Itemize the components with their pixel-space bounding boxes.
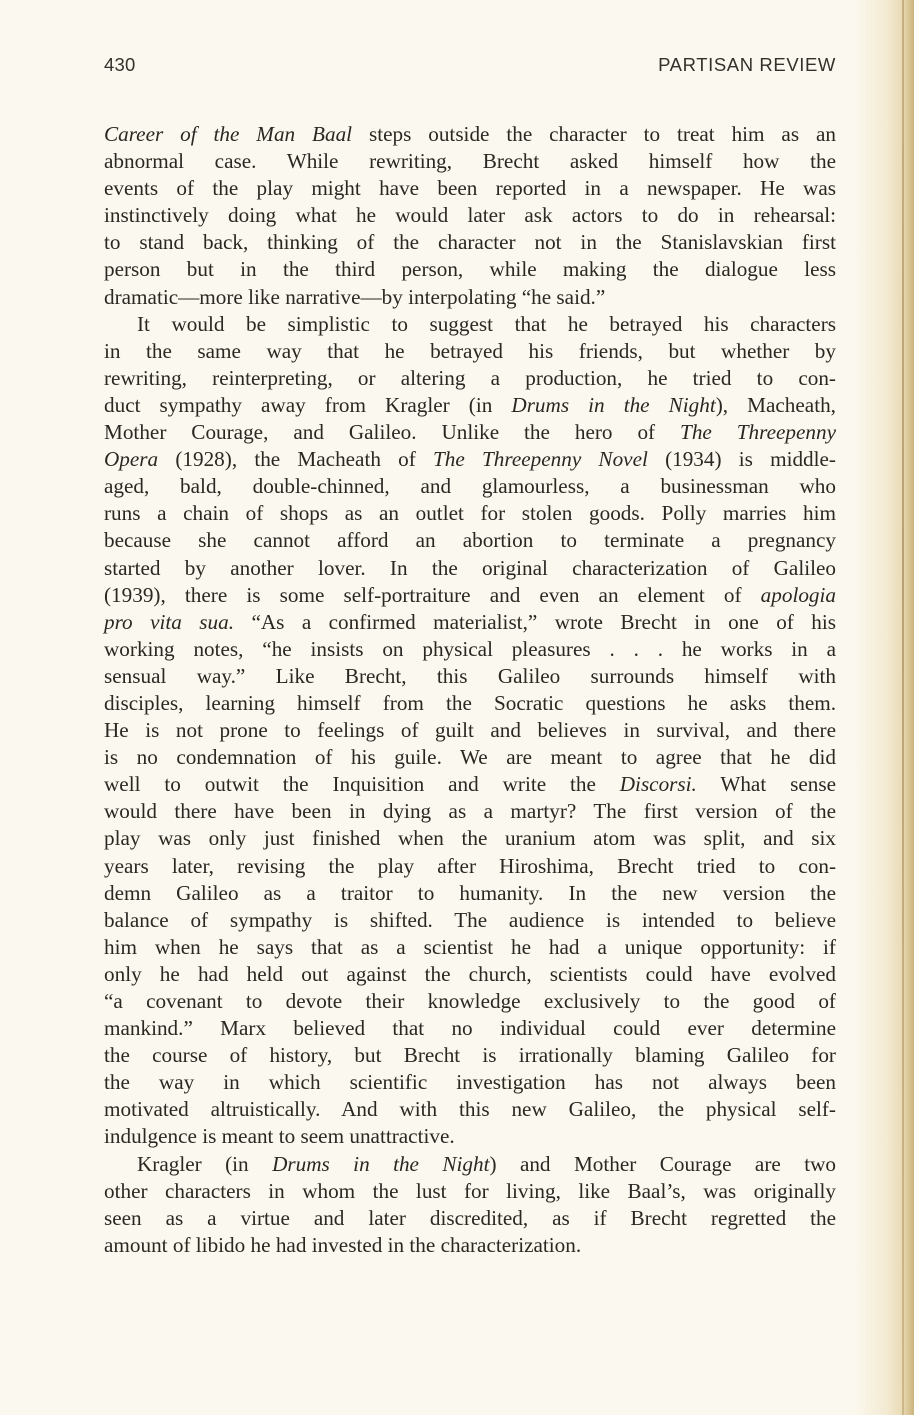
text-line: him when he says that as a scientist he … <box>104 934 836 961</box>
text-run: abnormal case. While rewriting, Brecht a… <box>104 149 836 173</box>
text-line: motivated altruistically. And with this … <box>104 1096 836 1123</box>
italic-title-text: The Threepenny <box>680 420 836 444</box>
text-line: started by another lover. In the origina… <box>104 555 836 582</box>
text-line: well to outwit the Inquisition and write… <box>104 771 836 798</box>
page-number: 430 <box>104 54 135 76</box>
text-run: “As a confirmed materialist,” wrote Brec… <box>234 610 836 634</box>
text-run: steps outside the character to treat him… <box>352 122 836 146</box>
text-run: aged, bald, double-chinned, and glamourl… <box>104 474 836 498</box>
text-line: demn Galileo as a traitor to humanity. I… <box>104 880 836 907</box>
text-line: disciples, learning himself from the Soc… <box>104 690 836 717</box>
text-run: (1928), the Macheath of <box>158 447 433 471</box>
text-line: abnormal case. While rewriting, Brecht a… <box>104 148 836 175</box>
italic-title-text: Drums in the Night <box>511 393 715 417</box>
text-line: other characters in whom the lust for li… <box>104 1178 836 1205</box>
text-line: is no condemnation of his guile. We are … <box>104 744 836 771</box>
text-run: sensual way.” Like Brecht, this Galileo … <box>104 664 836 688</box>
text-line: indulgence is meant to seem unattractive… <box>104 1123 836 1150</box>
text-run: play was only just finished when the ura… <box>104 826 836 850</box>
text-run: the course of history, but Brecht is irr… <box>104 1043 836 1067</box>
text-line: He is not prone to feelings of guilt and… <box>104 717 836 744</box>
text-run: started by another lover. In the origina… <box>104 556 836 580</box>
text-run: ) and Mother Courage are two <box>489 1152 836 1176</box>
text-run: would there have been in dying as a mart… <box>104 799 836 823</box>
text-run: working notes, “he insists on physical p… <box>104 637 836 661</box>
italic-title-text: pro vita sua. <box>104 610 234 634</box>
paragraph: Career of the Man Baal steps outside the… <box>104 121 836 311</box>
text-line: events of the play might have been repor… <box>104 175 836 202</box>
text-line: duct sympathy away from Kragler (in Drum… <box>104 392 836 419</box>
text-line: to stand back, thinking of the character… <box>104 229 836 256</box>
text-run: balance of sympathy is shifted. The audi… <box>104 908 836 932</box>
text-line: years later, revising the play after Hir… <box>104 853 836 880</box>
text-run: ), Macheath, <box>716 393 836 417</box>
text-run: mankind.” Marx believed that no individu… <box>104 1016 836 1040</box>
text-run: events of the play might have been repor… <box>104 176 836 200</box>
text-line: play was only just finished when the ura… <box>104 825 836 852</box>
text-run: motivated altruistically. And with this … <box>104 1097 836 1121</box>
paragraph: Kragler (in Drums in the Night) and Moth… <box>104 1151 836 1259</box>
italic-title-text: Opera <box>104 447 158 471</box>
text-line: the way in which scientific investigatio… <box>104 1069 836 1096</box>
text-line: amount of libido he had invested in the … <box>104 1232 836 1259</box>
text-run: because she cannot afford an abortion to… <box>104 528 836 552</box>
italic-title-text: Discorsi. <box>620 772 697 796</box>
text-line: rewriting, reinterpreting, or altering a… <box>104 365 836 392</box>
text-run: in the same way that he betrayed his fri… <box>104 339 836 363</box>
text-run: person but in the third person, while ma… <box>104 257 836 281</box>
text-run: other characters in whom the lust for li… <box>104 1179 836 1203</box>
text-line: working notes, “he insists on physical p… <box>104 636 836 663</box>
text-run: instinctively doing what he would later … <box>104 203 836 227</box>
text-line: would there have been in dying as a mart… <box>104 798 836 825</box>
text-run: to stand back, thinking of the character… <box>104 230 836 254</box>
text-run: demn Galileo as a traitor to humanity. I… <box>104 881 836 905</box>
text-run: What sense <box>697 772 836 796</box>
binding-edge <box>902 0 904 1415</box>
journal-title: PARTISAN REVIEW <box>658 54 836 76</box>
paragraph: It would be simplistic to suggest that h… <box>104 311 836 1151</box>
italic-title-text: apologia <box>761 583 836 607</box>
text-line: Kragler (in Drums in the Night) and Moth… <box>104 1151 836 1178</box>
italic-title-text: Drums in the Night <box>272 1152 489 1176</box>
text-line: (1939), there is some self-portraiture a… <box>104 582 836 609</box>
text-run: disciples, learning himself from the Soc… <box>104 691 836 715</box>
text-run: “a covenant to devote their knowledge ex… <box>104 989 836 1013</box>
text-run: amount of libido he had invested in the … <box>104 1233 581 1257</box>
text-line: Mother Courage, and Galileo. Unlike the … <box>104 419 836 446</box>
text-run: him when he says that as a scientist he … <box>104 935 836 959</box>
text-line: aged, bald, double-chinned, and glamourl… <box>104 473 836 500</box>
text-run: He is not prone to feelings of guilt and… <box>104 718 836 742</box>
text-run: (1939), there is some self-portraiture a… <box>104 583 761 607</box>
text-run: (1934) is middle- <box>648 447 836 471</box>
text-run: rewriting, reinterpreting, or altering a… <box>104 366 836 390</box>
text-run: indulgence is meant to seem unattractive… <box>104 1124 455 1148</box>
article-body: Career of the Man Baal steps outside the… <box>104 121 836 1259</box>
text-line: sensual way.” Like Brecht, this Galileo … <box>104 663 836 690</box>
text-line: person but in the third person, while ma… <box>104 256 836 283</box>
text-run: Mother Courage, and Galileo. Unlike the … <box>104 420 680 444</box>
text-run: duct sympathy away from Kragler (in <box>104 393 511 417</box>
text-line: balance of sympathy is shifted. The audi… <box>104 907 836 934</box>
text-run: dramatic—more like narrative—by interpol… <box>104 285 605 309</box>
page-edge-shadow <box>854 0 914 1415</box>
text-run: Kragler (in <box>137 1152 272 1176</box>
text-line: dramatic—more like narrative—by interpol… <box>104 284 836 311</box>
text-line: “a covenant to devote their knowledge ex… <box>104 988 836 1015</box>
text-line: only he had held out against the church,… <box>104 961 836 988</box>
text-line: instinctively doing what he would later … <box>104 202 836 229</box>
text-line: mankind.” Marx believed that no individu… <box>104 1015 836 1042</box>
text-line: Opera (1928), the Macheath of The Threep… <box>104 446 836 473</box>
text-run: seen as a virtue and later discredited, … <box>104 1206 836 1230</box>
text-line: seen as a virtue and later discredited, … <box>104 1205 836 1232</box>
italic-title-text: The Threepenny Novel <box>433 447 648 471</box>
text-line: It would be simplistic to suggest that h… <box>104 311 836 338</box>
text-line: in the same way that he betrayed his fri… <box>104 338 836 365</box>
text-line: because she cannot afford an abortion to… <box>104 527 836 554</box>
text-run: well to outwit the Inquisition and write… <box>104 772 620 796</box>
italic-title-text: Career of the Man Baal <box>104 122 352 146</box>
text-line: Career of the Man Baal steps outside the… <box>104 121 836 148</box>
text-run: only he had held out against the church,… <box>104 962 836 986</box>
text-run: years later, revising the play after Hir… <box>104 854 836 878</box>
text-run: is no condemnation of his guile. We are … <box>104 745 836 769</box>
text-run: the way in which scientific investigatio… <box>104 1070 836 1094</box>
text-line: the course of history, but Brecht is irr… <box>104 1042 836 1069</box>
running-head: 430 PARTISAN REVIEW <box>104 54 836 82</box>
text-line: runs a chain of shops as an outlet for s… <box>104 500 836 527</box>
text-run: It would be simplistic to suggest that h… <box>137 312 836 336</box>
text-run: runs a chain of shops as an outlet for s… <box>104 501 836 525</box>
text-line: pro vita sua. “As a confirmed materialis… <box>104 609 836 636</box>
